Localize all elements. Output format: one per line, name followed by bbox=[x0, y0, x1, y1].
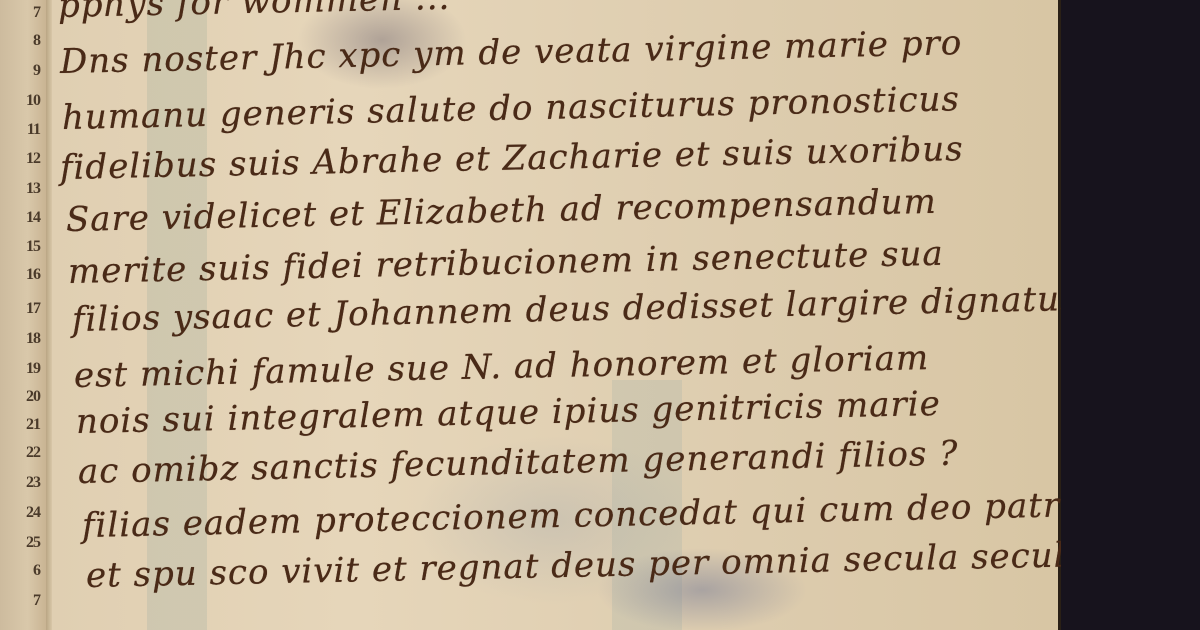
manuscript-line: et spu sco vivit et regnat deus per omni… bbox=[86, 534, 1161, 596]
ruler-number: 10 bbox=[0, 92, 40, 110]
ruler-number: 25 bbox=[0, 534, 40, 552]
ruler-number: 11 bbox=[0, 121, 40, 139]
manuscript-line: filias eadem proteccionem concedat qui c… bbox=[82, 485, 1082, 546]
manuscript-line: Dns noster Jhc xpc ym de veata virgine m… bbox=[60, 23, 963, 82]
ruler-number: 22 bbox=[0, 444, 40, 462]
ruler-number: 12 bbox=[0, 150, 40, 168]
manuscript-line: Sare videlicet et Elizabeth ad recompens… bbox=[66, 182, 938, 240]
ruler-number: 20 bbox=[0, 388, 40, 406]
ruler-number: 16 bbox=[0, 266, 40, 284]
ruler-number: 9 bbox=[0, 62, 40, 80]
ruler-number: 21 bbox=[0, 416, 40, 434]
ruler-number: 13 bbox=[0, 180, 40, 198]
manuscript-line: pphys for wommen ... bbox=[58, 0, 451, 26]
manuscript-page: pphys for wommen ... Dns noster Jhc xpc … bbox=[52, 0, 1061, 630]
ruler-number: 6 bbox=[0, 562, 40, 580]
line-number-ruler: 7 8 9 10 11 12 13 14 15 16 17 18 19 20 2… bbox=[0, 0, 46, 630]
ruler-number: 15 bbox=[0, 238, 40, 256]
ruler-number: 17 bbox=[0, 300, 40, 318]
ruler-number: 7 bbox=[0, 4, 40, 22]
ruler-number: 18 bbox=[0, 330, 40, 348]
ruler-number: 23 bbox=[0, 474, 40, 492]
ruler-number: 24 bbox=[0, 504, 40, 522]
ruler-number: 8 bbox=[0, 32, 40, 50]
ruler-number: 14 bbox=[0, 209, 40, 227]
ruler-number: 19 bbox=[0, 360, 40, 378]
manuscript-line: merite suis fidei retribucionem in senec… bbox=[68, 234, 944, 292]
ruler-number: 7 bbox=[0, 592, 40, 610]
manuscript-line: humanu generis salute do nasciturus pron… bbox=[62, 79, 961, 138]
manuscript-line: ac omibz sanctis fecunditatem generandi … bbox=[78, 434, 959, 492]
scan-background bbox=[1061, 0, 1200, 630]
manuscript-line: fidelibus suis Abrahe et Zacharie et sui… bbox=[60, 129, 964, 188]
